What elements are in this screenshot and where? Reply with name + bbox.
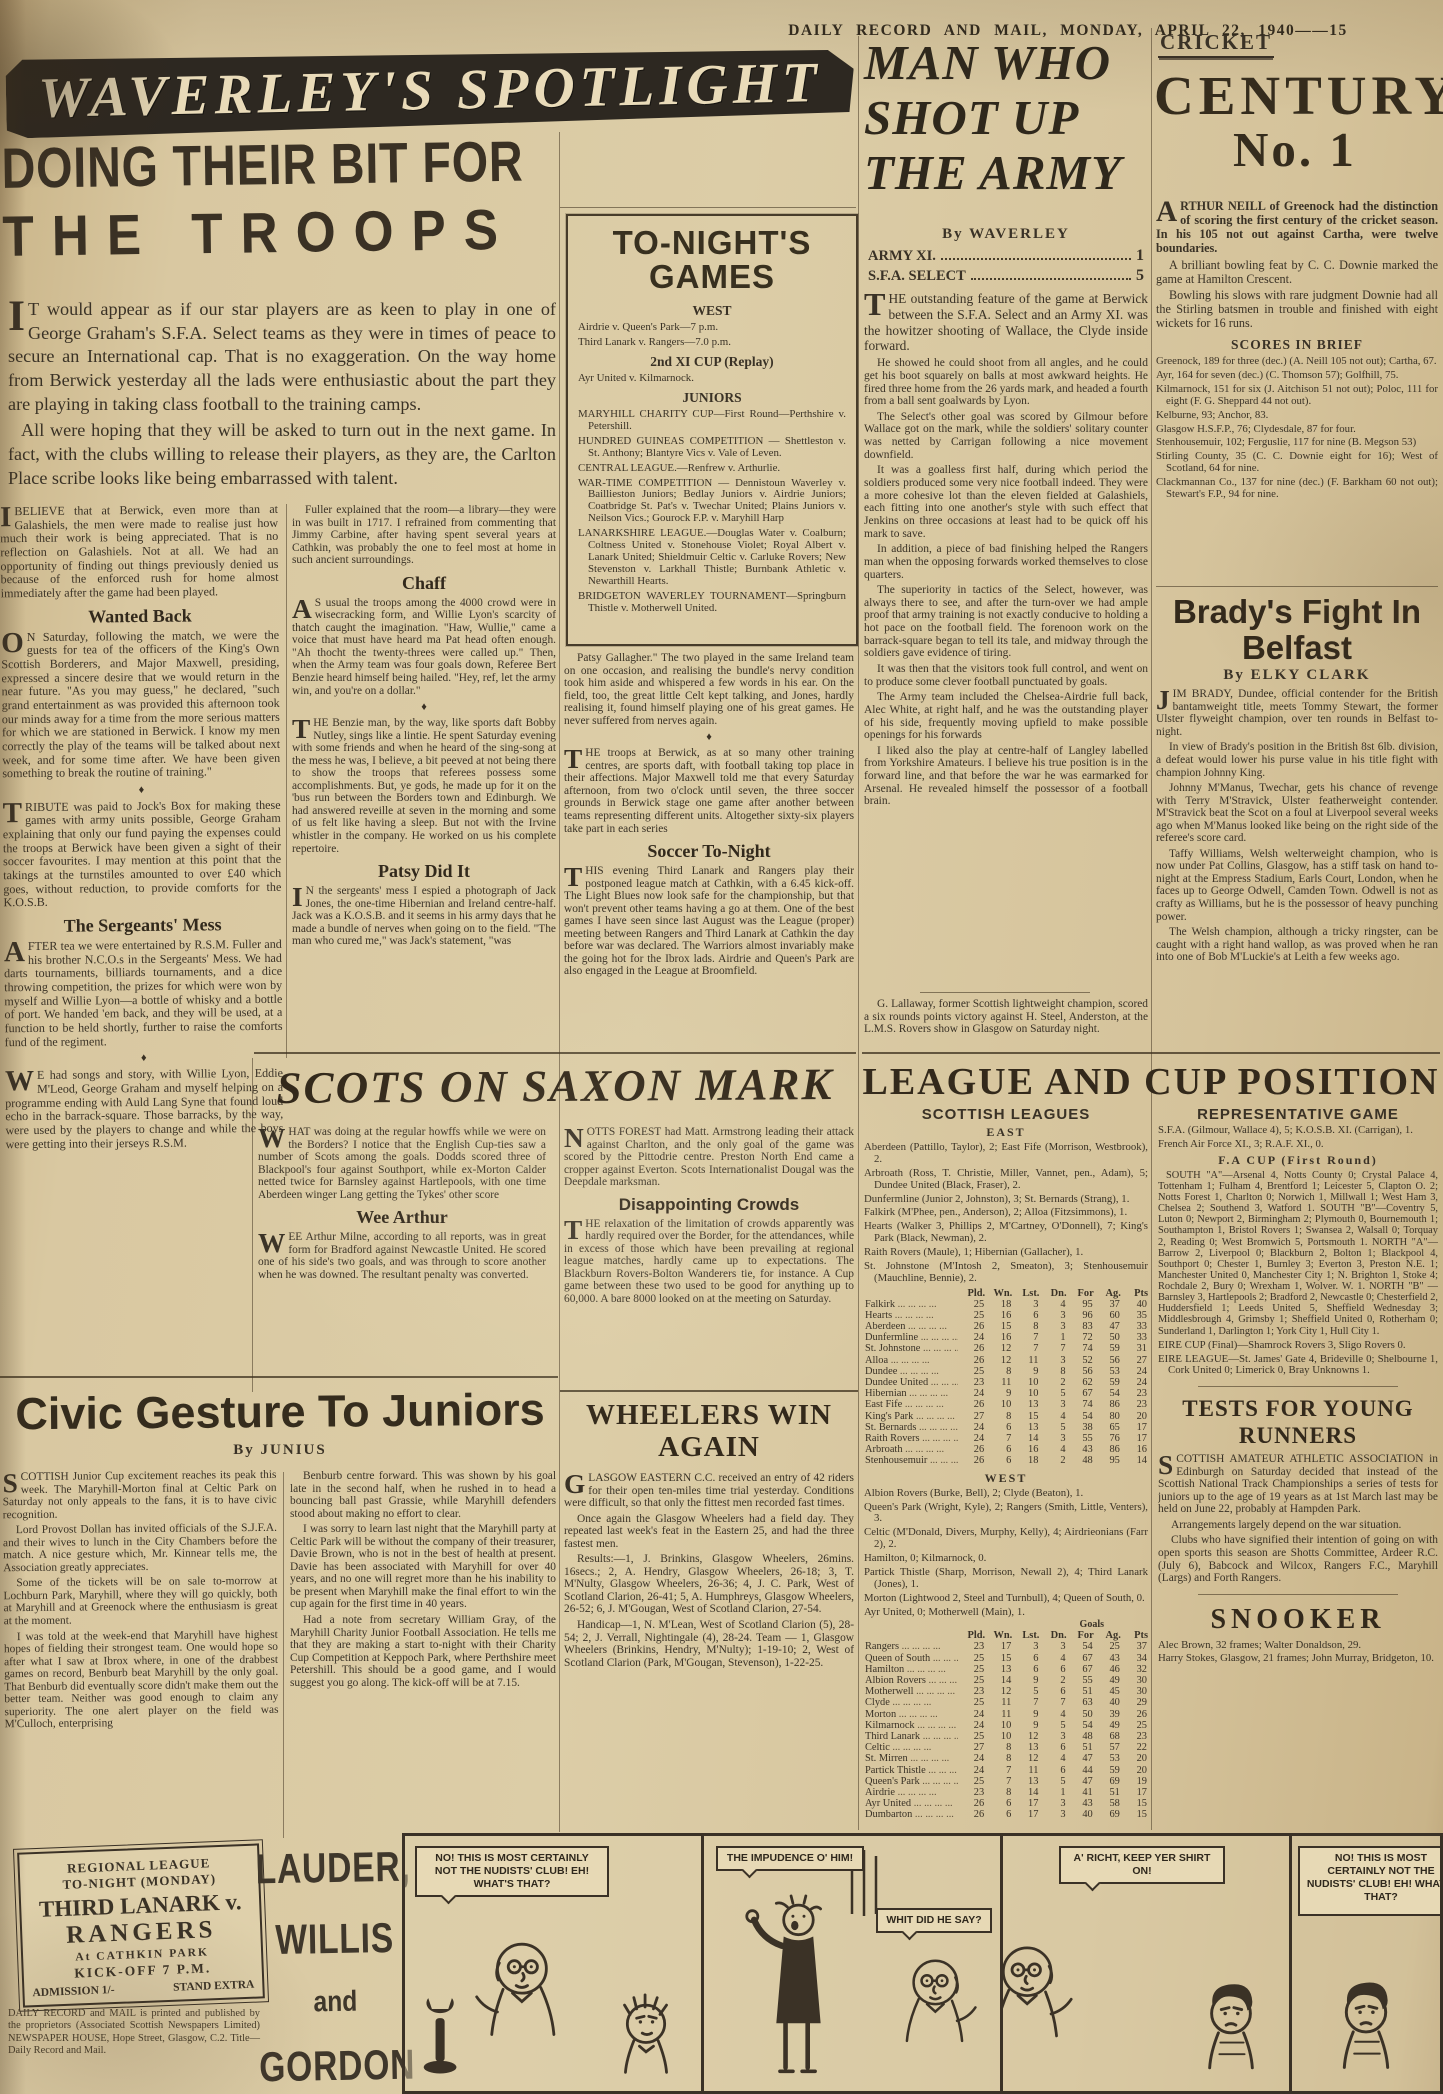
stat-cell: 23	[958, 1641, 985, 1652]
stat-cell: 25	[958, 1653, 985, 1664]
headline-line: CENTURY	[1154, 68, 1436, 124]
result-line: Harry Stokes, Glasgow, 21 frames; John M…	[1158, 1653, 1438, 1665]
stat-cell: 15	[985, 1321, 1012, 1332]
stat-cell: 16	[1121, 1444, 1148, 1455]
table-row: Alloa2612113525627	[864, 1355, 1148, 1366]
stat-cell: 8	[985, 1411, 1012, 1422]
paragraph: IT would appear as if our star players a…	[8, 298, 556, 416]
stat-cell: 6	[1012, 1664, 1039, 1675]
result-line: St. Johnstone (M'Intosh 2, Smeaton), 3; …	[864, 1261, 1148, 1285]
cartoon-bald-man-on-phone	[457, 1931, 583, 2091]
table-header-cell: Pts	[1121, 1288, 1148, 1299]
stat-cell: 7	[1039, 1697, 1066, 1708]
team-name-cell: King's Park	[864, 1411, 958, 1422]
result-line: Glasgow H.S.F.P., 76; Clydesdale, 87 for…	[1156, 424, 1438, 436]
table-row: Dumbarton266173406915	[864, 1809, 1148, 1820]
paragraph: AS usual the troops among the 4000 crowd…	[292, 597, 556, 697]
stat-cell: 7	[985, 1776, 1012, 1787]
scots-column-a: WHAT was doing at the regular howffs whi…	[258, 1126, 546, 1382]
stat-cell: 25	[958, 1366, 985, 1377]
result-line: Aberdeen (Pattillo, Taylor), 2; East Fif…	[864, 1142, 1148, 1166]
paragraph: TRIBUTE was paid to Jock's Box for makin…	[3, 799, 282, 911]
table-row: Morton241194503926	[864, 1709, 1148, 1720]
stat-cell: 83	[1067, 1321, 1094, 1332]
stat-cell: 22	[1121, 1742, 1148, 1753]
score-value: 1	[1136, 247, 1144, 265]
table-row: Kilmarnock241095544925	[864, 1720, 1148, 1731]
paragraph: Had a note from secretary William Gray, …	[290, 1614, 556, 1689]
paragraph: In view of Brady's position in the Briti…	[1156, 741, 1438, 779]
team-name-cell: St. Bernards	[864, 1422, 958, 1433]
section-rule	[1198, 1386, 1398, 1387]
stat-cell: 26	[958, 1444, 985, 1455]
fixture-line: Third Lanark v. Rangers—7.0 p.m.	[578, 336, 846, 348]
stat-cell: 24	[1121, 1377, 1148, 1388]
paragraph: Results:—1, J. Brinkins, Glasgow Wheeler…	[564, 1553, 854, 1616]
lauder-line: LAUDER,	[255, 1843, 411, 1894]
headline-bradys-fight: Brady's Fight In Belfast	[1156, 594, 1438, 665]
subhead-representative-game: REPRESENTATIVE GAME	[1158, 1106, 1438, 1123]
fixture-line: WAR-TIME COMPETITION — Dennistoun Waverl…	[578, 477, 846, 525]
cartoon-spiky-hair-boy	[603, 1979, 689, 2091]
stat-cell: 1	[1039, 1787, 1066, 1798]
byline-elky-clark: By ELKY CLARK	[1156, 667, 1438, 684]
stat-cell: 11	[985, 1697, 1012, 1708]
stat-cell: 47	[1067, 1776, 1094, 1787]
fixture-line: MARYHILL CHARITY CUP—First Round—Perthsh…	[578, 408, 846, 432]
paragraph-group: ARTHUR NEILL of Greenock had the distinc…	[1156, 200, 1438, 331]
paragraph: THE outstanding feature of the game at B…	[864, 291, 1148, 354]
article-brady: Brady's Fight In Belfast By ELKY CLARK J…	[1156, 594, 1438, 1056]
stat-cell: 8	[985, 1787, 1012, 1798]
stat-cell: 3	[1039, 1731, 1066, 1742]
paragraph: Bowling his slows with rare judgment Dow…	[1156, 289, 1438, 331]
paragraph: Taffy Williams, Welsh welterweight champ…	[1156, 848, 1438, 923]
stat-cell: 55	[1067, 1433, 1094, 1444]
fixture-section-header: JUNIORS	[578, 390, 846, 406]
result-line: Hamilton, 0; Kilmarnock, 0.	[864, 1553, 1148, 1565]
stat-cell: 6	[1012, 1310, 1039, 1321]
stat-cell: 51	[1094, 1787, 1121, 1798]
result-line: Ayr, 164 for seven (dec.) (C. Thomson 57…	[1156, 370, 1438, 382]
stat-cell: 2	[1039, 1455, 1066, 1466]
fixture-lines: Ayr United v. Kilmarnock.	[578, 372, 846, 384]
paragraph-group: JIM BRADY, Dundee, official contender fo…	[1156, 688, 1438, 963]
league-tables-column: SCOTTISH LEAGUES EAST Aberdeen (Pattillo…	[864, 1104, 1148, 1830]
team-name-cell: Hibernian	[864, 1388, 958, 1399]
team-name-cell: Aberdeen	[864, 1321, 958, 1332]
team-name-cell: Kilmarnock	[864, 1720, 958, 1731]
table-body: Falkirk251834953740Hearts251663966035Abe…	[864, 1299, 1148, 1467]
stat-cell: 44	[1067, 1765, 1094, 1776]
stat-cell: 40	[1094, 1697, 1121, 1708]
subhead-fa-cup: F.A CUP (First Round)	[1158, 1153, 1438, 1168]
stat-cell: 80	[1094, 1411, 1121, 1422]
stat-cell: 13	[985, 1664, 1012, 1675]
paragraph-group: IN the sergeants' mess I espied a photog…	[292, 885, 556, 948]
cartoon-bald-man-listening	[882, 1949, 992, 2091]
paragraph-group: Patsy Gallagher." The two played in the …	[564, 652, 854, 727]
paragraph: SOUTH "A"—Arsenal 4, Notts County 0; Cry…	[1158, 1170, 1438, 1337]
stat-cell: 7	[1012, 1332, 1039, 1343]
games-title-line: GAMES	[649, 258, 775, 295]
stat-cell: 17	[1121, 1787, 1148, 1798]
speech-bubble: THE IMPUDENCE O' HIM!	[716, 1846, 864, 1871]
stat-cell: 33	[1121, 1321, 1148, 1332]
table-row: Arbroath266164438616	[864, 1444, 1148, 1455]
team-name-cell: Rangers	[864, 1641, 958, 1652]
cartoon-panel-2: THE IMPUDENCE O' HIM! WHIT DID HE SAY?	[701, 1836, 1000, 2091]
table-row: Ayr United266173435815	[864, 1798, 1148, 1809]
headline-tests-for-young-runners: TESTS FOR YOUNG RUNNERS	[1158, 1396, 1438, 1449]
team-name-cell: Raith Rovers	[864, 1433, 958, 1444]
column-rule	[286, 504, 287, 1058]
table-row: St. Mirren248124475320	[864, 1753, 1148, 1764]
team-name-cell: Arbroath	[864, 1444, 958, 1455]
column-rule	[559, 132, 560, 1832]
paragraph: Handicap—1, N. M'Lean, West of Scotland …	[564, 1619, 854, 1669]
paragraph: WEE Arthur Milne, according to all repor…	[258, 1231, 546, 1281]
paragraph: THE troops at Berwick, as at so many oth…	[564, 747, 854, 835]
stat-cell: 6	[1012, 1653, 1039, 1664]
stat-cell: 23	[1121, 1731, 1148, 1742]
stat-cell: 69	[1094, 1776, 1121, 1787]
table-header-cell: For	[1067, 1630, 1094, 1641]
fixture-line: LANARKSHIRE LEAGUE.—Douglas Water v. Coa…	[578, 527, 846, 587]
paragraph: I liked also the play at centre-half of …	[864, 745, 1148, 808]
stat-cell: 49	[1094, 1675, 1121, 1686]
paragraph: AFTER tea we were entertained by R.S.M. …	[4, 938, 283, 1050]
result-line: Hearts (Walker 3, Phillips 2, M'Cartney,…	[864, 1221, 1148, 1245]
subhead-scottish-leagues: SCOTTISH LEAGUES	[864, 1106, 1148, 1123]
advert-line: STAND EXTRA	[173, 1979, 255, 1994]
stat-cell: 26	[958, 1343, 985, 1354]
result-line: Partick Thistle (Sharp, Morrison, Newall…	[864, 1567, 1148, 1591]
stat-cell: 12	[985, 1355, 1012, 1366]
games-box-title: TO-NIGHT'S GAMES	[578, 226, 846, 295]
stat-cell: 15	[1121, 1809, 1148, 1820]
team-name-cell: Queen's Park	[864, 1776, 958, 1787]
stat-cell: 25	[1094, 1641, 1121, 1652]
stat-cell: 67	[1067, 1653, 1094, 1664]
stat-cell: 38	[1067, 1422, 1094, 1433]
paragraph: A brilliant bowling feat by C. C. Downie…	[1156, 259, 1438, 287]
table-header-cell: Lst.	[1012, 1630, 1039, 1641]
fa-cup-results: SOUTH "A"—Arsenal 4, Notts County 0; Cry…	[1158, 1170, 1438, 1337]
article-tests: SCOTTISH AMATEUR ATHLETIC ASSOCIATION in…	[1158, 1453, 1438, 1584]
fixture-line: BRIDGETON WAVERLEY TOURNAMENT—Springburn…	[578, 590, 846, 614]
scots-column-b: NOTTS FOREST had Matt. Armstrong leading…	[564, 1126, 854, 1384]
table-header-cell: Pld.	[958, 1630, 985, 1641]
headline-doing-their-bit: DOING THEIR BIT FOR THE TROOPS	[1, 128, 563, 270]
subhead-wee-arthur: Wee Arthur	[258, 1207, 546, 1228]
table-row: St. Bernards246135386517	[864, 1422, 1148, 1433]
result-line: Arbroath (Ross, T. Christie, Miller, Van…	[864, 1168, 1148, 1192]
paragraph: I was told at the week-end that Maryhill…	[4, 1628, 279, 1731]
table-header-cell	[864, 1630, 958, 1641]
stat-cell: 11	[1012, 1355, 1039, 1366]
stat-cell: 48	[1067, 1731, 1094, 1742]
ornament-diamond: ♦	[292, 701, 556, 713]
stat-cell: 95	[1067, 1299, 1094, 1310]
headline-line: Brady's Fight In	[1156, 594, 1438, 630]
games-title-line: TO-NIGHT'S	[613, 224, 812, 261]
byline-waverley: By WAVERLEY	[864, 226, 1148, 243]
stat-cell: 50	[1067, 1709, 1094, 1720]
result-line: Albion Rovers (Burke, Bell), 2; Clyde (B…	[864, 1488, 1148, 1500]
team-name-cell: St. Mirren	[864, 1753, 958, 1764]
footnote-lallaway: G. Lallaway, former Scottish lightweight…	[864, 998, 1148, 1056]
paragraph: THIS evening Third Lanark and Rangers pl…	[564, 865, 854, 978]
team-name-cell: Queen of South	[864, 1653, 958, 1664]
stat-cell: 25	[958, 1776, 985, 1787]
result-line: Morton (Lightwood 2, Steel and Turnbull)…	[864, 1593, 1148, 1605]
stat-cell: 26	[958, 1798, 985, 1809]
stat-cell: 1	[1039, 1332, 1066, 1343]
article-man-who: By WAVERLEY ARMY XI.1S.F.A. SELECT5 THE …	[864, 224, 1148, 988]
section-rule	[1156, 586, 1438, 587]
stat-cell: 4	[1039, 1709, 1066, 1720]
stat-cell: 5	[1039, 1422, 1066, 1433]
table-row: Raith Rovers247143557617	[864, 1433, 1148, 1444]
stat-cell: 62	[1067, 1377, 1094, 1388]
result-line: Clackmannan Co., 137 for nine (dec.) (F.…	[1156, 477, 1438, 501]
stat-cell: 8	[1039, 1366, 1066, 1377]
section-rule	[560, 207, 856, 208]
table-row: Motherwell231256514530	[864, 1686, 1148, 1697]
paragraph: Lord Provost Dollan has invited official…	[3, 1522, 277, 1575]
stat-cell: 6	[985, 1422, 1012, 1433]
lauder-line: GORDON	[258, 2041, 415, 2092]
stat-cell: 27	[958, 1411, 985, 1422]
stat-cell: 16	[985, 1332, 1012, 1343]
stat-cell: 53	[1094, 1753, 1121, 1764]
team-name-cell: Stenhousemuir	[864, 1455, 958, 1466]
stat-cell: 67	[1067, 1388, 1094, 1399]
stat-cell: 25	[958, 1664, 985, 1675]
stat-cell: 3	[1039, 1399, 1066, 1410]
paragraph: I was sorry to learn last night that the…	[290, 1523, 556, 1611]
stat-cell: 51	[1067, 1686, 1094, 1697]
stat-cell: 24	[1121, 1366, 1148, 1377]
stat-cell: 8	[985, 1742, 1012, 1753]
stat-cell: 8	[985, 1366, 1012, 1377]
stat-cell: 11	[985, 1377, 1012, 1388]
subhead-sergeants-mess: The Sergeants' Mess	[4, 914, 282, 937]
stat-cell: 20	[1121, 1765, 1148, 1776]
paragraph-group: THE troops at Berwick, as at so many oth…	[564, 747, 854, 835]
table-row: Clyde251177634029	[864, 1697, 1148, 1708]
headline-line: MAN WHO	[864, 36, 1146, 91]
stat-cell: 86	[1094, 1444, 1121, 1455]
stat-cell: 15	[985, 1653, 1012, 1664]
team-name-cell: Falkirk	[864, 1299, 958, 1310]
team-name-cell: Dunfermline	[864, 1332, 958, 1343]
stat-cell: 59	[1094, 1765, 1121, 1776]
paragraph: All were hoping that they will be asked …	[8, 419, 556, 490]
stat-cell: 86	[1094, 1399, 1121, 1410]
table-row: Hibernian249105675423	[864, 1388, 1148, 1399]
stat-cell: 12	[985, 1686, 1012, 1697]
stat-cell: 26	[958, 1321, 985, 1332]
subhead-east: EAST	[864, 1125, 1148, 1140]
paragraph: SCOTTISH AMATEUR ATHLETIC ASSOCIATION in…	[1158, 1453, 1438, 1516]
result-line: Stirling County, 35 (C. C. Downie eight …	[1156, 451, 1438, 475]
stat-cell: 5	[1012, 1686, 1039, 1697]
paragraph: THE Benzie man, by the way, like sports …	[292, 717, 556, 855]
result-line: Ayr United, 0; Motherwell (Main), 1.	[864, 1607, 1148, 1619]
article-column-1: I BELIEVE that at Berwick, even more tha…	[0, 503, 286, 1431]
paragraph: NOTTS FOREST had Matt. Armstrong leading…	[564, 1126, 854, 1189]
headline-line: DOING THEIR BIT FOR	[1, 129, 524, 202]
table-row: Partick Thistle247116445920	[864, 1765, 1148, 1776]
stat-cell: 47	[1067, 1753, 1094, 1764]
team-name-cell: Alloa	[864, 1355, 958, 1366]
column-rule	[1151, 28, 1152, 1830]
stat-cell: 25	[958, 1310, 985, 1321]
stat-cell: 25	[958, 1731, 985, 1742]
representative-game-column: REPRESENTATIVE GAME S.F.A. (Gilmour, Wal…	[1158, 1104, 1438, 1830]
table-row: Airdrie238141415117	[864, 1787, 1148, 1798]
subhead-soccer-tonight: Soccer To-Night	[564, 841, 854, 862]
stat-cell: 24	[958, 1422, 985, 1433]
stat-cell: 14	[1012, 1787, 1039, 1798]
stat-cell: 54	[1067, 1641, 1094, 1652]
paragraph: Johnny M'Manus, Twechar, gets his chance…	[1156, 782, 1438, 845]
stat-cell: 10	[985, 1720, 1012, 1731]
stat-cell: 24	[958, 1433, 985, 1444]
ornament-diamond: ♦	[564, 731, 854, 743]
stat-cell: 10	[1012, 1377, 1039, 1388]
article-column-2: Fuller explained that the room—a library…	[292, 504, 556, 1058]
paragraph: Clubs who have signified their intention…	[1158, 1534, 1438, 1584]
cartoon-bald-man-gesturing	[1000, 1935, 1089, 2091]
stat-cell: 3	[1039, 1355, 1066, 1366]
stat-cell: 76	[1094, 1433, 1121, 1444]
eire-results-list: EIRE CUP (Final)—Shamrock Rovers 3, Slig…	[1158, 1340, 1438, 1378]
headline-scots-on-saxon-mark: SCOTS ON SAXON MARK	[254, 1058, 856, 1114]
paragraph: WE had songs and story, with Willie Lyon…	[5, 1067, 284, 1151]
fixture-line: HUNDRED GUINEAS COMPETITION — Shettlesto…	[578, 435, 846, 459]
stat-cell: 19	[1121, 1776, 1148, 1787]
headline-civic-gesture: Civic Gesture To Juniors	[6, 1384, 554, 1441]
west-results-list: Albion Rovers (Burke, Bell), 2; Clyde (B…	[864, 1488, 1148, 1619]
stat-cell: 4	[1039, 1653, 1066, 1664]
paragraph: He showed he could shoot from all angles…	[864, 357, 1148, 408]
team-name-cell: Partick Thistle	[864, 1765, 958, 1776]
team-name-cell: Celtic	[864, 1742, 958, 1753]
stat-cell: 51	[1067, 1742, 1094, 1753]
stat-cell: 59	[1094, 1377, 1121, 1388]
ornament-diamond: ♦	[2, 783, 280, 797]
stat-cell: 3	[1039, 1321, 1066, 1332]
stat-cell: 45	[1094, 1686, 1121, 1697]
stat-cell: 7	[985, 1765, 1012, 1776]
paragraph-group: I BELIEVE that at Berwick, even more tha…	[0, 503, 279, 601]
paragraph-group: NOTTS FOREST had Matt. Armstrong leading…	[564, 1126, 854, 1189]
stat-cell: 10	[1012, 1388, 1039, 1399]
subhead-wanted-back: Wanted Back	[1, 604, 279, 627]
stat-cell: 6	[1039, 1765, 1066, 1776]
representative-results-list: S.F.A. (Gilmour, Wallace 4), 5; K.O.S.B.…	[1158, 1125, 1438, 1151]
paragraph-group: THIS evening Third Lanark and Rangers pl…	[564, 865, 854, 978]
paragraph: The Welsh champion, although a tricky ri…	[1156, 926, 1438, 964]
stat-cell: 43	[1067, 1798, 1094, 1809]
team-name-cell: Morton	[864, 1709, 958, 1720]
stat-cell: 10	[985, 1731, 1012, 1742]
table-row: Queen of South251564674334	[864, 1653, 1148, 1664]
lauder-willis-gordon-block: LAUDER, WILLIS and GORDON	[266, 1843, 404, 2091]
table-header-row: Pld.Wn.Lst.Dn.ForAg.Pts	[864, 1630, 1148, 1641]
table-row: Stenhousemuir266182489514	[864, 1455, 1148, 1466]
paragraph: I BELIEVE that at Berwick, even more tha…	[0, 503, 279, 601]
table-row: King's Park278154548020	[864, 1411, 1148, 1422]
stat-cell: 74	[1067, 1343, 1094, 1354]
cartoon-panel-4: NO! THIS IS MOST CERTAINLY NOT THE NUDIS…	[1289, 1836, 1440, 2091]
stat-cell: 15	[1012, 1411, 1039, 1422]
cricket-section-label: CRICKET	[1158, 30, 1274, 58]
stat-cell: 12	[1012, 1731, 1039, 1742]
civic-column-b: Benburb centre forward. This was shown b…	[290, 1470, 556, 1838]
cartoon-panel-1: NO! THIS IS MOST CERTAINLY NOT THE NUDIS…	[405, 1836, 701, 2091]
stat-cell: 24	[958, 1709, 985, 1720]
goals-label: Goals	[864, 1620, 1148, 1630]
table-row: Dunfermline241671725033	[864, 1332, 1148, 1343]
fixture-lines: Airdrie v. Queen's Park—7 p.m.Third Lana…	[578, 321, 846, 348]
headline-line: No. 1	[1154, 124, 1436, 175]
stat-cell: 12	[985, 1343, 1012, 1354]
stat-cell: 11	[985, 1709, 1012, 1720]
cricket-label: CRICKET	[1158, 30, 1274, 58]
stat-cell: 14	[1121, 1455, 1148, 1466]
stat-cell: 40	[1067, 1809, 1094, 1820]
table-row: Rangers231733542537	[864, 1641, 1148, 1652]
table-row: Third Lanark2510123486823	[864, 1731, 1148, 1742]
newspaper-page: DAILY RECORD AND MAIL, MONDAY, APRIL 22,…	[0, 0, 1443, 2094]
paragraph: Fuller explained that the room—a library…	[292, 504, 556, 567]
headline-line: Belfast	[1156, 630, 1438, 666]
paragraph: ARTHUR NEILL of Greenock had the distinc…	[1156, 200, 1438, 256]
headline-line: TESTS FOR YOUNG	[1158, 1396, 1438, 1422]
section-rule	[1198, 1594, 1398, 1595]
stat-cell: 96	[1067, 1310, 1094, 1321]
paragraph-group: ON Saturday, following the match, we wer…	[1, 628, 280, 781]
stat-cell: 57	[1094, 1742, 1121, 1753]
stat-cell: 41	[1067, 1787, 1094, 1798]
score-value: 5	[1136, 267, 1144, 285]
stat-cell: 56	[1067, 1366, 1094, 1377]
paragraph-group: WE had songs and story, with Willie Lyon…	[5, 1067, 284, 1151]
score-team: S.F.A. SELECT	[868, 268, 966, 285]
stat-cell: 26	[958, 1809, 985, 1820]
stat-cell: 26	[1121, 1709, 1148, 1720]
stat-cell: 24	[958, 1720, 985, 1731]
table-row: Falkirk251834953740	[864, 1299, 1148, 1310]
paragraph: WHAT was doing at the regular howffs whi…	[258, 1126, 546, 1201]
team-name-cell: Third Lanark	[864, 1731, 958, 1742]
stat-cell: 37	[1121, 1641, 1148, 1652]
stat-cell: 26	[958, 1455, 985, 1466]
table-header-cell: Ag.	[1094, 1288, 1121, 1299]
table-header-cell: Wn.	[985, 1288, 1012, 1299]
paragraph: Benburb centre forward. This was shown b…	[290, 1470, 556, 1520]
stat-cell: 58	[1094, 1798, 1121, 1809]
stat-cell: 3	[1012, 1641, 1039, 1652]
paragraph: ON Saturday, following the match, we wer…	[1, 628, 280, 781]
table-header-cell	[864, 1288, 958, 1299]
stat-cell: 18	[1012, 1455, 1039, 1466]
stat-cell: 48	[1067, 1455, 1094, 1466]
